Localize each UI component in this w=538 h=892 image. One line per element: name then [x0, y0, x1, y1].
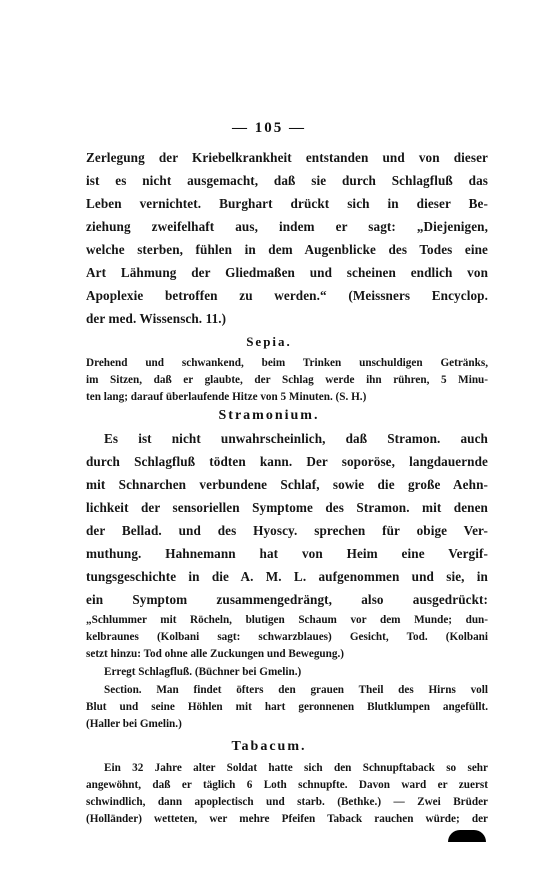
note-line: (Haller bei Gmelin.) [86, 718, 488, 730]
section-heading-sepia: Sepia. [0, 334, 538, 350]
text-line: Leben vernichtet. Burghart drückt sich i… [86, 196, 488, 212]
text-line: durch Schlagfluß tödten kann. Der soporö… [86, 454, 488, 470]
text-line: ist es nicht ausgemacht, daß sie durch S… [86, 173, 488, 189]
text-line: ten lang; darauf überlaufende Hitze von … [86, 391, 488, 403]
page-number: — 105 — [0, 120, 538, 137]
quote-line: kelbraunes (Kolbani sagt: schwarzblaues)… [86, 631, 488, 643]
text-line: lichkeit der sensoriellen Symptome des S… [86, 500, 488, 516]
note-line: Blut und seine Höhlen mit hart geronnene… [86, 701, 488, 713]
text-line: Drehend und schwankend, beim Trinken uns… [86, 357, 488, 369]
text-line: der med. Wissensch. 11.) [86, 311, 488, 327]
text-line: Apoplexie betroffen zu werden.“ (Meissne… [86, 288, 488, 304]
note-line: Section. Man findet öfters den grauen Th… [86, 684, 488, 696]
library-stamp-mark [448, 830, 486, 842]
quote-line: setzt hinzu: Tod ohne alle Zuckungen und… [86, 648, 488, 660]
section-heading-tabacum: Tabacum. [0, 739, 538, 755]
text-line: Zerlegung der Kriebelkrankheit entstande… [86, 150, 488, 166]
text-line: schwindlich, dann apoplectisch und starb… [86, 796, 488, 808]
text-line: ziehung zweifelhaft aus, indem er sagt: … [86, 219, 488, 235]
note-line: Erregt Schlagfluß. (Büchner bei Gmelin.) [86, 666, 488, 678]
text-line: im Sitzen, daß er glaubte, der Schlag we… [86, 374, 488, 386]
text-line: mit Schnarchen verbundene Schlaf, sowie … [86, 477, 488, 493]
text-line: ein Symptom zusammengedrängt, also ausge… [86, 592, 488, 608]
section-heading-stramonium: Stramonium. [0, 408, 538, 424]
text-line: welche sterben, fühlen in dem Augenblick… [86, 242, 488, 258]
text-line: (Holländer) wetteten, wer mehre Pfeifen … [86, 813, 488, 825]
quote-line: „Schlummer mit Röcheln, blutigen Schaum … [86, 614, 488, 626]
text-line: angewöhnt, daß er täglich 6 Loth schnupf… [86, 779, 488, 791]
text-line: Art Lähmung der Gliedmaßen und scheinen … [86, 265, 488, 281]
text-line: Ein 32 Jahre alter Soldat hatte sich den… [86, 762, 488, 774]
text-line: Es ist nicht unwahrscheinlich, daß Stram… [86, 431, 488, 447]
text-line: der Bellad. und des Hyoscy. sprechen für… [86, 523, 488, 539]
text-line: muthung. Hahnemann hat von Heim eine Ver… [86, 546, 488, 562]
text-line: tungsgeschichte in die A. M. L. aufgenom… [86, 569, 488, 585]
